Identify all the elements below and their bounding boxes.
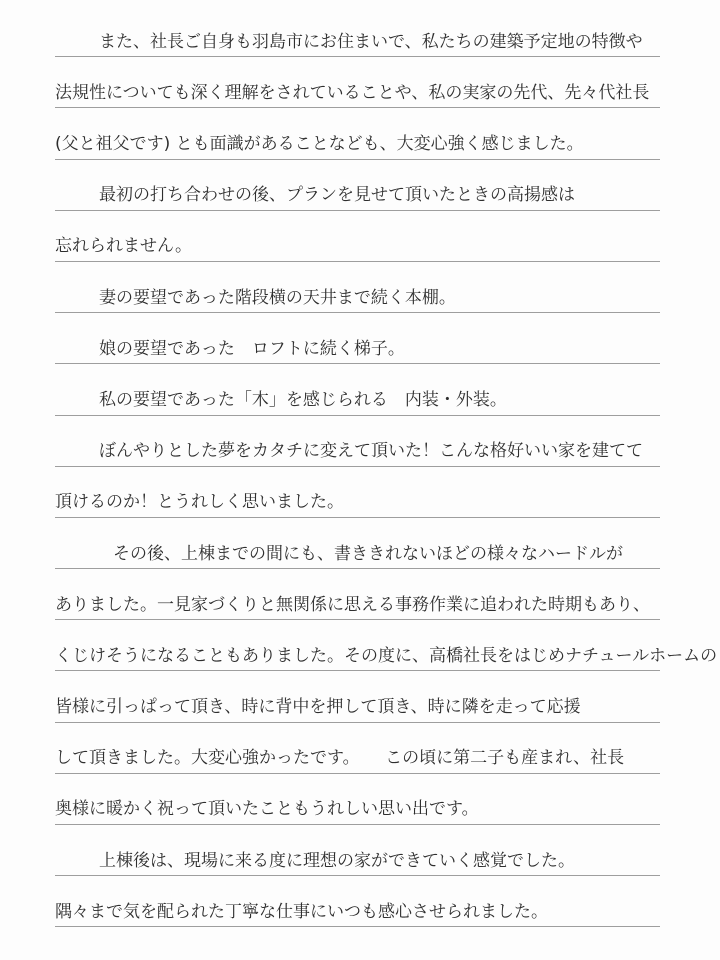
handwritten-text: 隅々まで気を配られた丁寧な仕事にいつも感心させられました。	[55, 903, 548, 927]
ruled-line: (父と祖父です) とも面識があることなども、大変心強く感じました。	[55, 108, 660, 159]
ruled-line: その後、上棟までの間にも、書ききれないほどの様々なハードルが	[55, 518, 660, 569]
ruled-paper: また、社長ご自身も羽島市にお住まいで、私たちの建築予定地の特徴や 法規性について…	[55, 6, 660, 927]
handwritten-text: 妻の要望であった階段横の天井まで続く本棚。	[55, 289, 456, 313]
handwritten-text: くじけそうになることもありました。その度に、高橋社長をはじめナチュールホームの	[55, 647, 717, 671]
handwritten-text: して頂きました。大変心強かったです。 この頃に第二子も産まれ、社長	[55, 749, 624, 773]
ruled-line: ありました。一見家づくりと無関係に思える事務作業に追われた時期もあり、	[55, 569, 660, 620]
handwritten-text: 奥様に暖かく祝って頂いたこともうれしい思い出です。	[55, 800, 479, 824]
ruled-line: 最初の打ち合わせの後、プランを見せて頂いたときの高揚感は	[55, 160, 660, 211]
handwritten-text: 上棟後は、現場に来る度に理想の家ができていく感覚でした。	[55, 852, 575, 876]
ruled-line: 奥様に暖かく祝って頂いたこともうれしい思い出です。	[55, 774, 660, 825]
handwritten-text: ぼんやりとした夢をカタチに変えて頂いた！こんな格好いい家を建てて	[55, 442, 643, 466]
ruled-line: 上棟後は、現場に来る度に理想の家ができていく感覚でした。	[55, 825, 660, 876]
handwritten-text: 頂けるのか！とうれしく思いました。	[55, 493, 344, 517]
ruled-line: くじけそうになることもありました。その度に、高橋社長をはじめナチュールホームの	[55, 620, 660, 671]
ruled-line: 私の要望であった「木」を感じられる 内装・外装。	[55, 364, 660, 415]
handwritten-text: その後、上棟までの間にも、書ききれないほどの様々なハードルが	[55, 545, 623, 569]
handwritten-text: 法規性についても深く理解をされていることや、私の実家の先代、先々代社長	[55, 84, 649, 108]
handwritten-letter-page: また、社長ご自身も羽島市にお住まいで、私たちの建築予定地の特徴や 法規性について…	[0, 0, 720, 960]
handwritten-text: 娘の要望であった ロフトに続く梯子。	[55, 340, 405, 364]
handwritten-text: 私の要望であった「木」を感じられる 内装・外装。	[55, 391, 507, 415]
ruled-line: 娘の要望であった ロフトに続く梯子。	[55, 313, 660, 364]
handwritten-text: 忘れられません。	[55, 237, 192, 261]
handwritten-text: また、社長ご自身も羽島市にお住まいで、私たちの建築予定地の特徴や	[55, 33, 643, 57]
ruled-line: 頂けるのか！とうれしく思いました。	[55, 467, 660, 518]
ruled-line: また、社長ご自身も羽島市にお住まいで、私たちの建築予定地の特徴や	[55, 6, 660, 57]
handwritten-text: ありました。一見家づくりと無関係に思える事務作業に追われた時期もあり、	[55, 596, 650, 620]
handwritten-text: (父と祖父です) とも面識があることなども、大変心強く感じました。	[55, 135, 584, 159]
handwritten-text: 最初の打ち合わせの後、プランを見せて頂いたときの高揚感は	[55, 186, 575, 210]
ruled-line: 忘れられません。	[55, 211, 660, 262]
ruled-line: 隅々まで気を配られた丁寧な仕事にいつも感心させられました。	[55, 876, 660, 927]
ruled-line: して頂きました。大変心強かったです。 この頃に第二子も産まれ、社長	[55, 723, 660, 774]
ruled-line: 妻の要望であった階段横の天井まで続く本棚。	[55, 262, 660, 313]
ruled-line: ぼんやりとした夢をカタチに変えて頂いた！こんな格好いい家を建てて	[55, 416, 660, 467]
handwritten-text: 皆様に引っぱって頂き、時に背中を押して頂き、時に隣を走って応援	[55, 698, 581, 722]
ruled-line: 皆様に引っぱって頂き、時に背中を押して頂き、時に隣を走って応援	[55, 671, 660, 722]
ruled-line: 法規性についても深く理解をされていることや、私の実家の先代、先々代社長	[55, 57, 660, 108]
